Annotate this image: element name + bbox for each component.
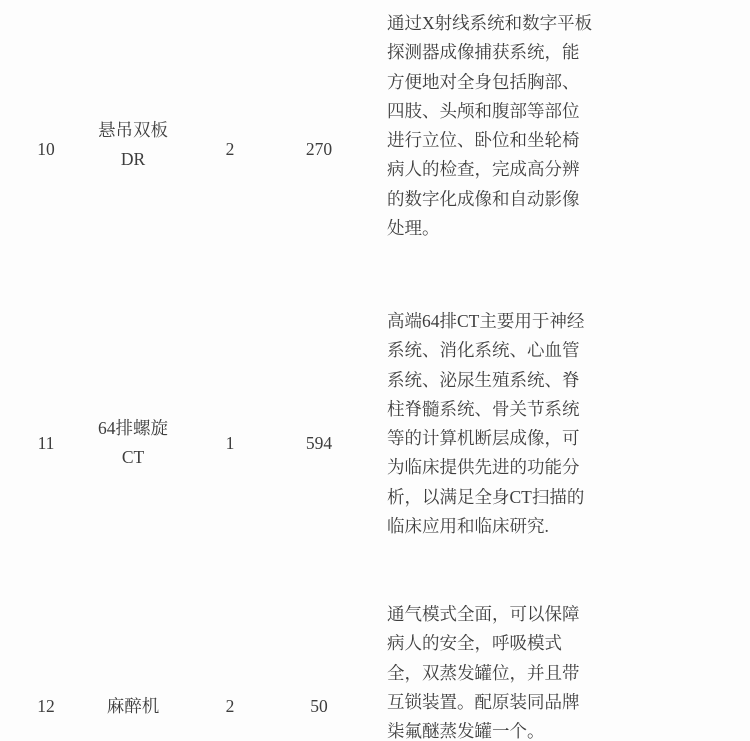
amount: 594 (269, 429, 369, 458)
description: 通过X射线系统和数字平板 探测器成像捕获系统，能 方便地对全身包括胸部、 四肢、… (387, 9, 627, 243)
description-line: 四肢、头颅和腹部等部位 (387, 97, 627, 126)
device-name-line: 64排螺旋 (58, 414, 208, 443)
description-line: 通过X射线系统和数字平板 (387, 9, 627, 38)
description-line: 等的计算机断层成像，可 (387, 424, 627, 453)
description-line: 病人的检查，完成高分辨 (387, 155, 627, 184)
description-line: 柒氟醚蒸发罐一个。 (387, 717, 627, 741)
quantity: 1 (190, 429, 270, 458)
quantity: 2 (190, 135, 270, 164)
amount: 270 (269, 135, 369, 164)
description: 通气模式全面，可以保障 病人的安全，呼吸模式 全，双蒸发罐位，并且带 互锁装置。… (387, 600, 627, 741)
description-line: 病人的安全，呼吸模式 (387, 629, 627, 658)
description-line: 探测器成像捕获系统，能 (387, 38, 627, 67)
device-name-line: 悬吊双板 (58, 116, 208, 145)
description-line: 全，双蒸发罐位，并且带 (387, 659, 627, 688)
description-line: 互锁装置。配原装同品牌 (387, 688, 627, 717)
description-line: 为临床提供先进的功能分 (387, 453, 627, 482)
description-line: 临床应用和临床研究. (387, 512, 627, 541)
amount: 50 (269, 692, 369, 721)
equipment-table-page: 10 悬吊双板 DR 2 270 通过X射线系统和数字平板 探测器成像捕获系统，… (0, 0, 750, 741)
description-line: 系统、泌尿生殖系统、脊 (387, 366, 627, 395)
device-name: 悬吊双板 DR (58, 116, 208, 175)
description: 高端64排CT主要用于神经 系统、消化系统、心血管 系统、泌尿生殖系统、脊 柱脊… (387, 307, 627, 541)
quantity: 2 (190, 692, 270, 721)
description-line: 系统、消化系统、心血管 (387, 336, 627, 365)
device-name-line: CT (58, 443, 208, 472)
description-line: 方便地对全身包括胸部、 (387, 68, 627, 97)
description-line: 通气模式全面，可以保障 (387, 600, 627, 629)
description-line: 进行立位、卧位和坐轮椅 (387, 126, 627, 155)
device-name: 麻醉机 (58, 692, 208, 721)
description-line: 处理。 (387, 214, 627, 243)
description-line: 的数字化成像和自动影像 (387, 185, 627, 214)
description-line: 柱脊髓系统、骨关节系统 (387, 395, 627, 424)
description-line: 析，以满足全身CT扫描的 (387, 483, 627, 512)
device-name-line: DR (58, 145, 208, 174)
description-line: 高端64排CT主要用于神经 (387, 307, 627, 336)
device-name-line: 麻醉机 (58, 692, 208, 721)
device-name: 64排螺旋 CT (58, 414, 208, 473)
